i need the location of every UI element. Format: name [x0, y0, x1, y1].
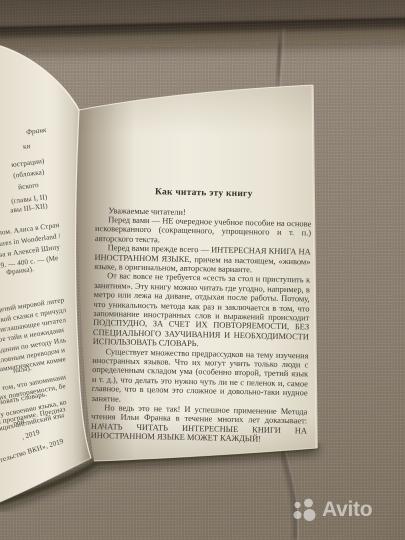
avito-watermark: Avito	[291, 496, 372, 523]
paragraph: Но ведь это не так! И успешное применени…	[91, 403, 308, 445]
left-page-line: дательство ВКН», 2019	[0, 437, 64, 466]
left-page-line: юстрации)	[10, 157, 44, 169]
paragraph: От вас вовсе не требуется «сесть за стол…	[93, 271, 311, 351]
book-photo-scene: Франк ки юстрации) (обложка) йского (гла…	[0, 0, 405, 540]
avito-logo-icon	[291, 496, 318, 523]
left-page-line: , 2019	[21, 428, 41, 441]
watermark-label: Avito	[322, 498, 372, 522]
left-page-line: ки	[23, 142, 31, 151]
paragraph: Существует множество предрассудков на те…	[91, 347, 308, 408]
paragraph: Перед вами — НЕ очередное учебное пособи…	[95, 215, 312, 248]
left-page-line: Франк	[25, 126, 46, 136]
left-page-text: Франк ки юстрации) (обложка) йского (гла…	[0, 0, 70, 540]
left-page-line: (обложка)	[12, 168, 44, 180]
paragraph: Перед вами прежде всего — ИНТЕРЕСНАЯ КНИ…	[94, 243, 311, 276]
left-page-line: нала).	[13, 364, 33, 375]
left-page-line: йского	[18, 181, 40, 191]
right-page-text: Как читать эту книгу Уважаемые читатели!…	[91, 186, 312, 445]
